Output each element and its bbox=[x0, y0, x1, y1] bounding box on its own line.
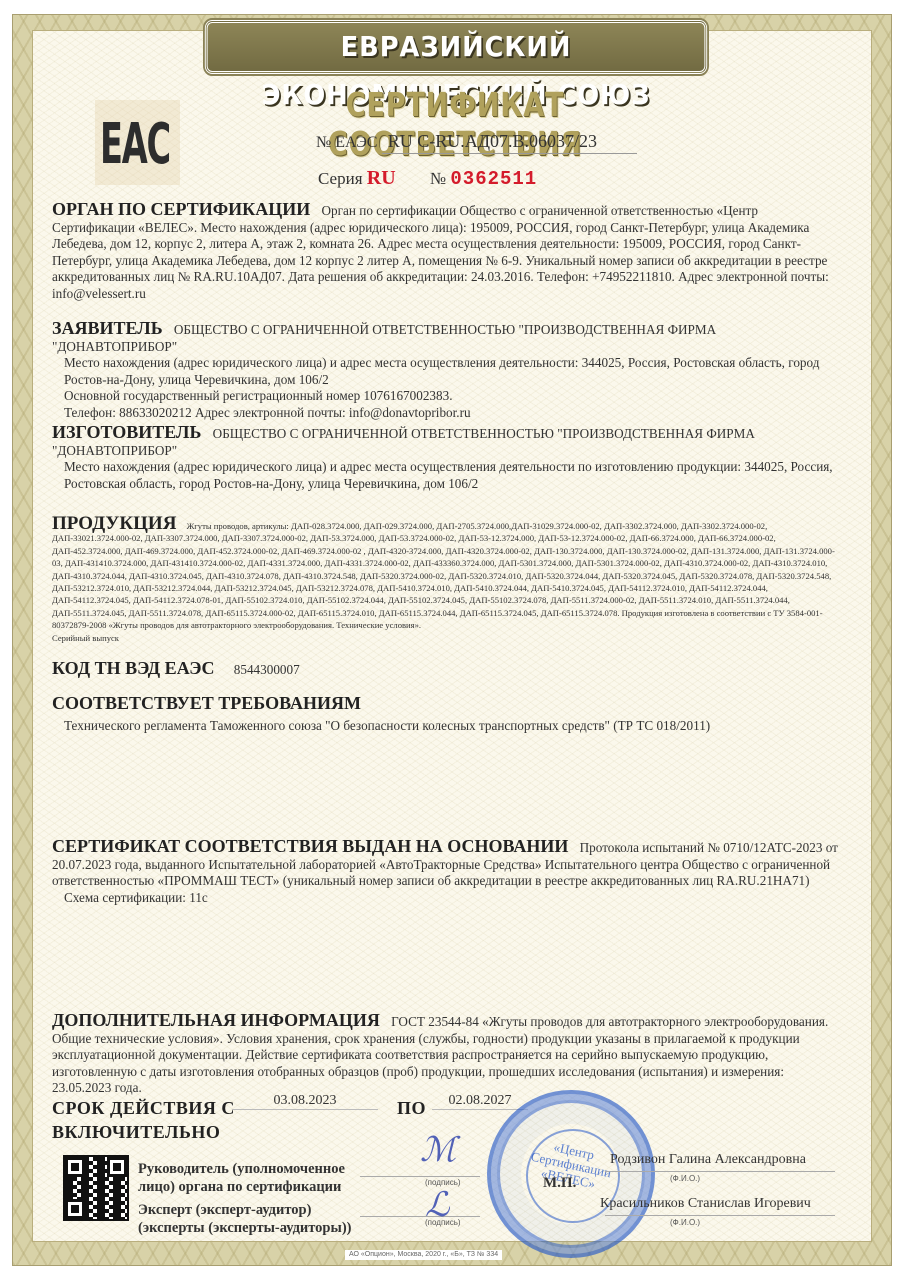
eaes-number-value: RU С-RU.АД07.В.06037/23 bbox=[382, 131, 637, 154]
head-signature-mark: ℳ bbox=[420, 1130, 456, 1170]
applicant-heading: ЗАЯВИТЕЛЬ bbox=[52, 318, 163, 338]
printer-imprint: АО «Опцион», Москва, 2020 г., «Б», ТЗ № … bbox=[345, 1250, 502, 1260]
certification-body-heading: ОРГАН ПО СЕРТИФИКАЦИИ bbox=[52, 199, 310, 219]
applicant-address: Место нахождения (адрес юридического лиц… bbox=[52, 355, 842, 388]
products-heading: ПРОДУКЦИЯ bbox=[52, 513, 176, 534]
additional-info-heading: ДОПОЛНИТЕЛЬНАЯ ИНФОРМАЦИЯ bbox=[52, 1010, 380, 1030]
series-value: RU bbox=[367, 167, 396, 189]
products-text: Жгуты проводов, артикулы: ДАП-028.3724.0… bbox=[52, 521, 835, 630]
certification-scheme: Схема сертификации: 11с bbox=[52, 890, 842, 907]
tn-ved-heading: КОД ТН ВЭД ЕАЭС bbox=[52, 658, 214, 678]
validity-from-date: 03.08.2023 bbox=[232, 1093, 378, 1110]
applicant-ogrn: Основной государственный регистрационный… bbox=[52, 388, 842, 405]
qr-finder-top-left bbox=[65, 1157, 85, 1177]
qr-finder-bottom-left bbox=[65, 1199, 85, 1219]
validity-to-label: ПО bbox=[397, 1098, 426, 1119]
union-banner: ЕВРАЗИЙСКИЙ ЭКОНОМИЧЕСКИЙ СОЮЗ bbox=[205, 20, 707, 74]
serial-label: № bbox=[430, 169, 446, 188]
manufacturer-heading: ИЗГОТОВИТЕЛЬ bbox=[52, 422, 201, 442]
serial-number: 0362511 bbox=[450, 168, 537, 190]
series-label: Серия bbox=[318, 169, 363, 188]
qr-finder-top-right bbox=[107, 1157, 127, 1177]
basis-heading: СЕРТИФИКАТ СООТВЕТСТВИЯ ВЫДАН НА ОСНОВАН… bbox=[52, 836, 568, 856]
head-fio-caption: (Ф.И.О.) bbox=[670, 1174, 700, 1183]
requirements-section: СООТВЕТСТВУЕТ ТРЕБОВАНИЯМ Технического р… bbox=[52, 695, 842, 734]
qr-code-icon[interactable] bbox=[63, 1155, 129, 1221]
validity-from-label: СРОК ДЕЙСТВИЯ С bbox=[52, 1098, 235, 1119]
applicant-section: ЗАЯВИТЕЛЬ ОБЩЕСТВО С ОГРАНИЧЕННОЙ ОТВЕТС… bbox=[52, 320, 842, 421]
series-row: Серия RU № 0362511 bbox=[318, 167, 537, 190]
eac-logo-icon: ЕАС bbox=[100, 115, 142, 175]
head-signature-line bbox=[360, 1176, 480, 1177]
eaes-number-row: № ЕАЭС RU С-RU.АД07.В.06037/23 bbox=[316, 131, 637, 152]
expert-signature-line bbox=[360, 1216, 480, 1217]
products-release: Серийный выпуск bbox=[52, 632, 842, 644]
seal-placeholder-label: М.П. bbox=[543, 1175, 576, 1192]
basis-section: СЕРТИФИКАТ СООТВЕТСТВИЯ ВЫДАН НА ОСНОВАН… bbox=[52, 838, 842, 906]
expert-signature-label: Эксперт (эксперт-аудитор) (эксперты (экс… bbox=[138, 1201, 378, 1237]
expert-name-line bbox=[605, 1215, 835, 1216]
manufacturer-section: ИЗГОТОВИТЕЛЬ ОБЩЕСТВО С ОГРАНИЧЕННОЙ ОТВ… bbox=[52, 424, 842, 492]
additional-info-section: ДОПОЛНИТЕЛЬНАЯ ИНФОРМАЦИЯ ГОСТ 23544-84 … bbox=[52, 1012, 842, 1097]
head-signature-label: Руководитель (уполномоченное лицо) орган… bbox=[138, 1160, 353, 1196]
products-section: ПРОДУКЦИЯ Жгуты проводов, артикулы: ДАП-… bbox=[52, 518, 842, 644]
applicant-contacts: Телефон: 88633020212 Адрес электронной п… bbox=[52, 405, 842, 422]
manufacturer-address: Место нахождения (адрес юридического лиц… bbox=[52, 459, 842, 492]
expert-fio-caption: (Ф.И.О.) bbox=[670, 1218, 700, 1227]
expert-signature-mark: ℒ bbox=[425, 1185, 450, 1225]
tn-ved-section: КОД ТН ВЭД ЕАЭС 8544300007 bbox=[52, 660, 842, 679]
validity-to-date: 02.08.2027 bbox=[432, 1093, 528, 1110]
seal-stamp: «Центр Сертификации «ВЕЛЕС» bbox=[487, 1090, 655, 1258]
head-name-line bbox=[605, 1171, 835, 1172]
tn-ved-code: 8544300007 bbox=[234, 662, 300, 677]
eaes-number-label: № ЕАЭС bbox=[316, 134, 377, 151]
requirements-text: Технического регламента Таможенного союз… bbox=[52, 718, 842, 735]
head-full-name: Родзивон Галина Александровна bbox=[610, 1152, 806, 1168]
requirements-heading: СООТВЕТСТВУЕТ ТРЕБОВАНИЯМ bbox=[52, 695, 834, 712]
expert-full-name: Красильников Станислав Игоревич bbox=[600, 1196, 811, 1212]
certification-body-section: ОРГАН ПО СЕРТИФИКАЦИИ Орган по сертифика… bbox=[52, 201, 842, 302]
validity-inclusive-label: ВКЛЮЧИТЕЛЬНО bbox=[52, 1122, 220, 1143]
